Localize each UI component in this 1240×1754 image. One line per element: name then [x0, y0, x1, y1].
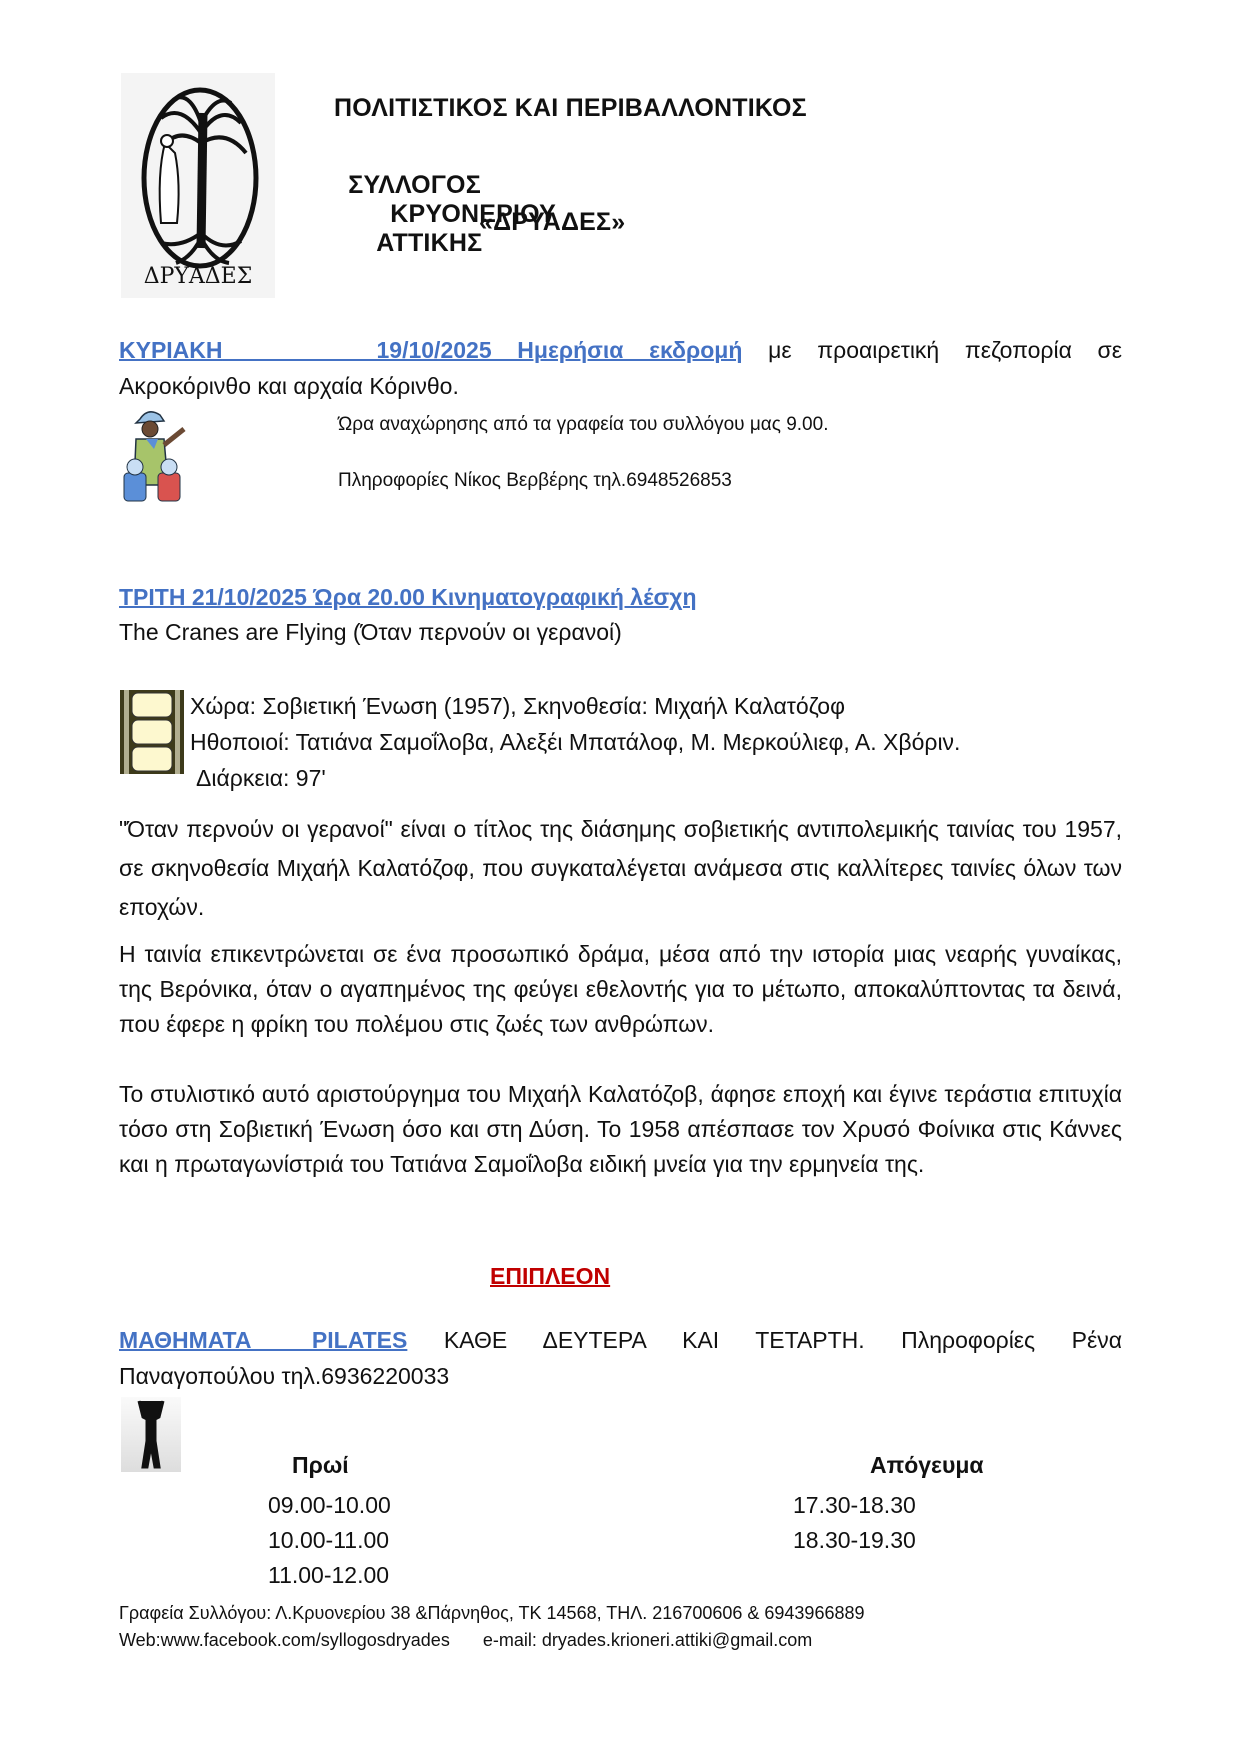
pilates-description: ΚΑΘΕ ΔΕΥΤΕΡΑ ΚΑΙ ΤΕΤΑΡΤΗ. Πληροφορίες Ρέ…	[444, 1327, 1122, 1353]
schedule-slot: 18.30-19.30	[793, 1523, 916, 1558]
schedule-slot: 11.00-12.00	[268, 1558, 391, 1593]
tree-dryad-logo-icon: ΔΡΥΑΔΕΣ	[121, 73, 275, 298]
excursion-line-1: ΚΥΡΙΑΚΗ 19/10/2025 Ημερήσια εκδρομή με π…	[119, 332, 1122, 368]
film-strip-icon	[120, 690, 184, 774]
hiker-guide-icon	[118, 405, 198, 505]
excursion-section: ΚΥΡΙΑΚΗ 19/10/2025 Ημερήσια εκδρομή με π…	[119, 332, 1122, 404]
pilates-section: ΜΑΘΗΜΑΤΑ PILATES ΚΑΘΕ ΔΕΥΤΕΡΑ ΚΑΙ ΤΕΤΑΡΤ…	[119, 1322, 1122, 1394]
excursion-heading-link[interactable]: ΚΥΡΙΑΚΗ 19/10/2025 Ημερήσια εκδρομή	[119, 337, 742, 363]
header-line-2: ΣΥΛΛΟΓΟΣ ΚΡΥΟΝΕΡΙΟΥ ΑΤΤΙΚΗΣ	[334, 142, 556, 258]
schedule-slot: 09.00-10.00	[268, 1488, 391, 1523]
footer-email-link[interactable]: e-mail: dryades.krioneri.attiki@gmail.co…	[483, 1630, 812, 1650]
header-word-attikis: ΑΤΤΙΚΗΣ	[376, 229, 482, 257]
footer-web-link[interactable]: Web:www.facebook.com/syllogosdryades	[119, 1630, 450, 1650]
excursion-description: με προαιρετική πεζοπορία σε	[768, 337, 1122, 363]
film-country-director: Χώρα: Σοβιετική Ένωση (1957), Σκηνοθεσία…	[190, 688, 845, 724]
schedule-afternoon-label: Απόγευμα	[870, 1452, 984, 1479]
film-actors: Ηθοποιοί: Τατιάνα Σαμοΐλοβα, Αλεξέι Μπατ…	[190, 724, 960, 760]
schedule-slot: 17.30-18.30	[793, 1488, 916, 1523]
film-paragraph-1: "Όταν περνούν οι γερανοί" είναι ο τίτλος…	[119, 810, 1122, 927]
footer-address: Γραφεία Συλλόγου: Λ.Κρυονερίου 38 &Πάρνη…	[119, 1600, 865, 1627]
film-duration: Διάρκεια: 97'	[196, 760, 326, 796]
header-word-syllogos: ΣΥΛΛΟΓΟΣ	[348, 171, 481, 199]
excursion-departure: Ώρα αναχώρησης από τα γραφεία του συλλόγ…	[338, 414, 828, 436]
footer-contact: Web:www.facebook.com/syllogosdryades e-m…	[119, 1627, 812, 1654]
pilates-heading-link[interactable]: ΜΑΘΗΜΑΤΑ PILATES	[119, 1327, 407, 1353]
exercise-silhouette-icon	[121, 1397, 181, 1472]
excursion-line-2: Ακροκόρινθο και αρχαία Κόρινθο.	[119, 368, 1122, 404]
schedule-slot: 10.00-11.00	[268, 1523, 391, 1558]
pilates-line-1: ΜΑΘΗΜΑΤΑ PILATES ΚΑΘΕ ΔΕΥΤΕΡΑ ΚΑΙ ΤΕΤΑΡΤ…	[119, 1322, 1122, 1358]
excursion-info: Πληροφορίες Νίκος Βερβέρης τηλ.694852685…	[338, 470, 732, 492]
film-paragraph-2: Η ταινία επικεντρώνεται σε ένα προσωπικό…	[119, 937, 1122, 1042]
schedule-morning-label: Πρωί	[292, 1452, 349, 1479]
association-logo: ΔΡΥΑΔΕΣ	[121, 73, 275, 298]
pilates-line-2: Παναγοπούλου τηλ.6936220033	[119, 1358, 1122, 1394]
film-paragraph-3: Το στυλιστικό αυτό αριστούργημα του Μιχα…	[119, 1077, 1122, 1182]
association-name: «ΔΡΥΑΔΕΣ»	[479, 208, 625, 237]
schedule-morning-list: 09.00-10.00 10.00-11.00 11.00-12.00	[268, 1488, 391, 1593]
svg-text:ΔΡΥΑΔΕΣ: ΔΡΥΑΔΕΣ	[144, 264, 253, 289]
film-title: The Cranes are Flying (Όταν περνούν οι γ…	[119, 614, 622, 650]
cinema-heading-link[interactable]: ΤΡΙΤΗ 21/10/2025 Ώρα 20.00 Κινηματογραφι…	[119, 579, 697, 615]
header-line-1: ΠΟΛΙΤΙΣΤΙΚΟΣ ΚΑΙ ΠΕΡΙΒΑΛΛΟΝΤΙΚΟΣ	[334, 94, 807, 123]
schedule-afternoon-list: 17.30-18.30 18.30-19.30	[793, 1488, 916, 1558]
extra-heading: ΕΠΙΠΛΕΟΝ	[490, 1263, 610, 1290]
